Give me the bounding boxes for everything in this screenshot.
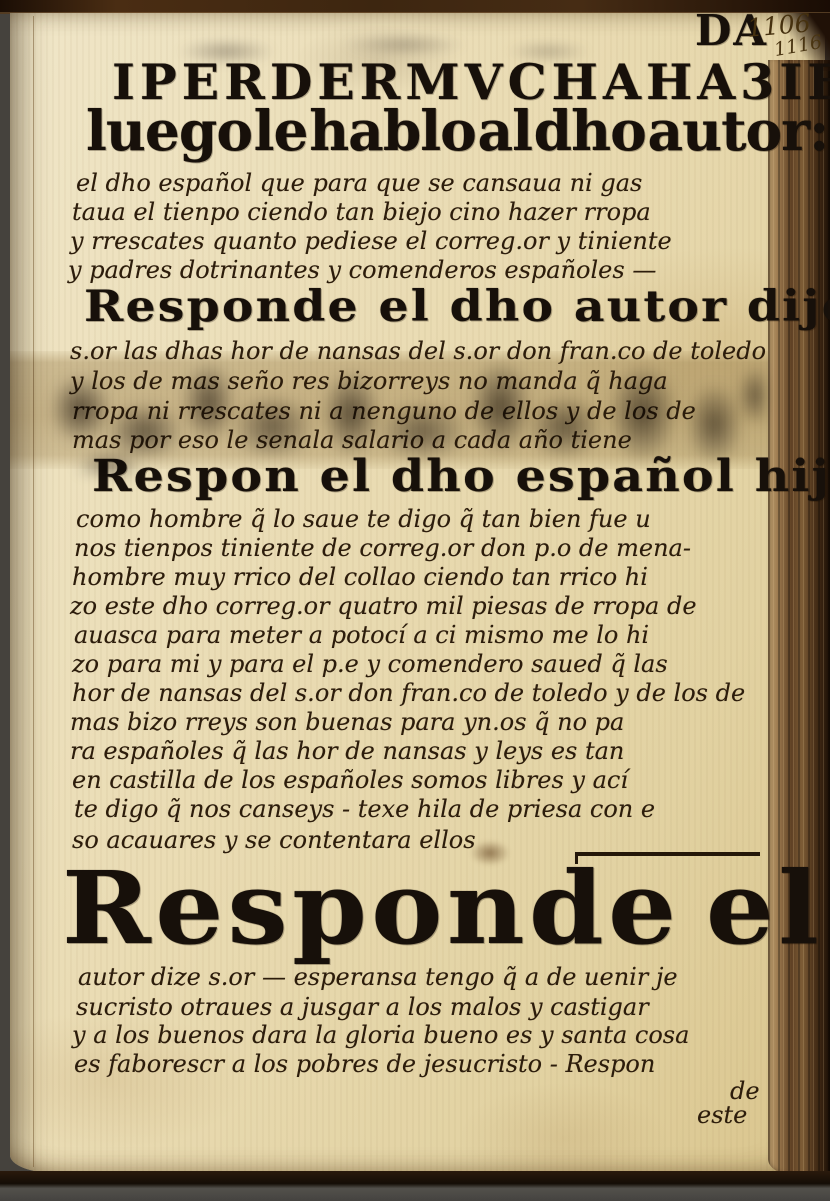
- text-line: zo para mi y para el p.e y comendero sau…: [72, 652, 668, 676]
- text-line: como hombre q̃ lo saue te digo q̃ tan bi…: [76, 507, 651, 531]
- text-line: es faborescr a los pobres de jesucristo …: [74, 1052, 655, 1076]
- text-line: nos tienpos tiniente de correg.or don p.…: [74, 536, 691, 560]
- text-line: hombre muy rrico del collao ciendo tan r…: [72, 565, 648, 589]
- text-line: sucristo otraues a jusgar a los malos y …: [76, 995, 649, 1019]
- text-line: y a los buenos dara la gloria bueno es y…: [72, 1023, 689, 1047]
- text-line: te digo q̃ nos canseys - texe hila de pr…: [74, 797, 655, 821]
- text-line: en castilla de los españoles somos libre…: [72, 768, 628, 792]
- section-heading: Responde el dho autor dijo: [84, 286, 830, 329]
- text-line: ra españoles q̃ las hor de nansas y leys…: [70, 739, 624, 763]
- page-subtitle-line: luego le hablo al dho autor:: [86, 103, 828, 158]
- text-line: y padres dotrinantes y comenderos españo…: [68, 258, 656, 282]
- manuscript-photo: DA 1106 1116 IPERDERMVCHAHA3IE luego le …: [0, 0, 830, 1201]
- large-response-heading: Responde el: [62, 858, 823, 958]
- text-line: y rrescates quanto pediese el correg.or …: [70, 229, 672, 253]
- text-line: auasca para meter a potocí a ci mismo me…: [74, 623, 649, 647]
- text-line: taua el tienpo ciendo tan biejo cino haz…: [72, 200, 651, 224]
- text-line: el dho español que para que se cansaua n…: [76, 171, 642, 195]
- text-line: s.or las dhas hor de nansas del s.or don…: [70, 339, 766, 363]
- page-text: DA 1106 1116 IPERDERMVCHAHA3IE luego le …: [0, 0, 830, 1201]
- text-line: zo este dho correg.or quatro mil piesas …: [70, 594, 697, 618]
- catchword: de: [730, 1079, 760, 1103]
- ink-offset-stain: [52, 362, 764, 474]
- catchword: este: [697, 1103, 747, 1127]
- text-line: mas bizo rreys son buenas para yn.os q̃ …: [70, 710, 624, 734]
- text-line: hor de nansas del s.or don fran.co de to…: [72, 681, 745, 705]
- text-line: autor dize s.or — esperansa tengo q̃ a d…: [78, 965, 678, 989]
